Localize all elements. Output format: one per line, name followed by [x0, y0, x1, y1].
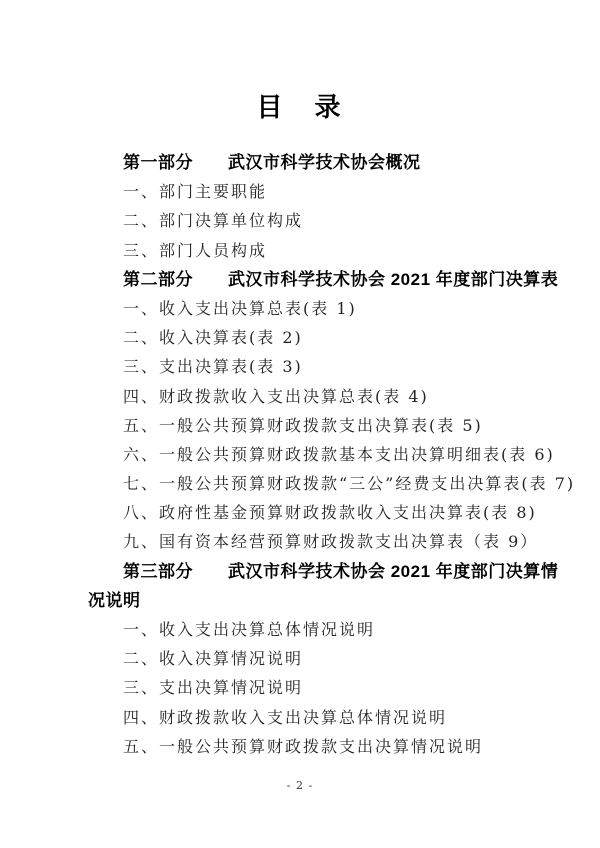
toc-item: 九、国有资本经营预算财政拨款支出决算表（表 9） [88, 527, 548, 556]
toc-item: 七、一般公共预算财政拨款“三公”经费支出决算表(表 7) [88, 469, 548, 498]
page-number: - 2 - [0, 779, 600, 793]
toc-item: 一、收入支出决算总体情况说明 [88, 615, 548, 644]
toc-item: 一、收入支出决算总表(表 1) [88, 294, 548, 323]
toc-section-heading: 第二部分 武汉市科学技术协会 2021 年度部门决算表 [88, 265, 548, 294]
toc-item: 六、一般公共预算财政拨款基本支出决算明细表(表 6) [88, 440, 548, 469]
toc-item: 八、政府性基金预算财政拨款收入支出决算表(表 8) [88, 498, 548, 527]
table-of-contents: 第一部分 武汉市科学技术协会概况一、部门主要职能二、部门决算单位构成三、部门人员… [0, 148, 600, 761]
toc-section-heading: 第三部分 武汉市科学技术协会 2021 年度部门决算情 [88, 557, 548, 586]
document-page: 目 录 第一部分 武汉市科学技术协会概况一、部门主要职能二、部门决算单位构成三、… [0, 0, 600, 848]
page-title: 目 录 [0, 0, 600, 122]
toc-item: 五、一般公共预算财政拨款支出决算情况说明 [88, 732, 548, 761]
toc-section-heading: 第一部分 武汉市科学技术协会概况 [88, 148, 548, 177]
toc-item: 二、部门决算单位构成 [88, 206, 548, 235]
toc-item: 三、部门人员构成 [88, 236, 548, 265]
toc-item: 二、收入决算情况说明 [88, 644, 548, 673]
toc-item: 三、支出决算表(表 3) [88, 352, 548, 381]
toc-item: 二、收入决算表(表 2) [88, 323, 548, 352]
toc-item: 五、一般公共预算财政拨款支出决算表(表 5) [88, 411, 548, 440]
toc-item: 四、财政拨款收入支出决算总表(表 4) [88, 382, 548, 411]
toc-item: 三、支出决算情况说明 [88, 673, 548, 702]
toc-item: 四、财政拨款收入支出决算总体情况说明 [88, 703, 548, 732]
toc-item: 一、部门主要职能 [88, 177, 548, 206]
toc-heading-continuation: 况说明 [88, 586, 548, 615]
